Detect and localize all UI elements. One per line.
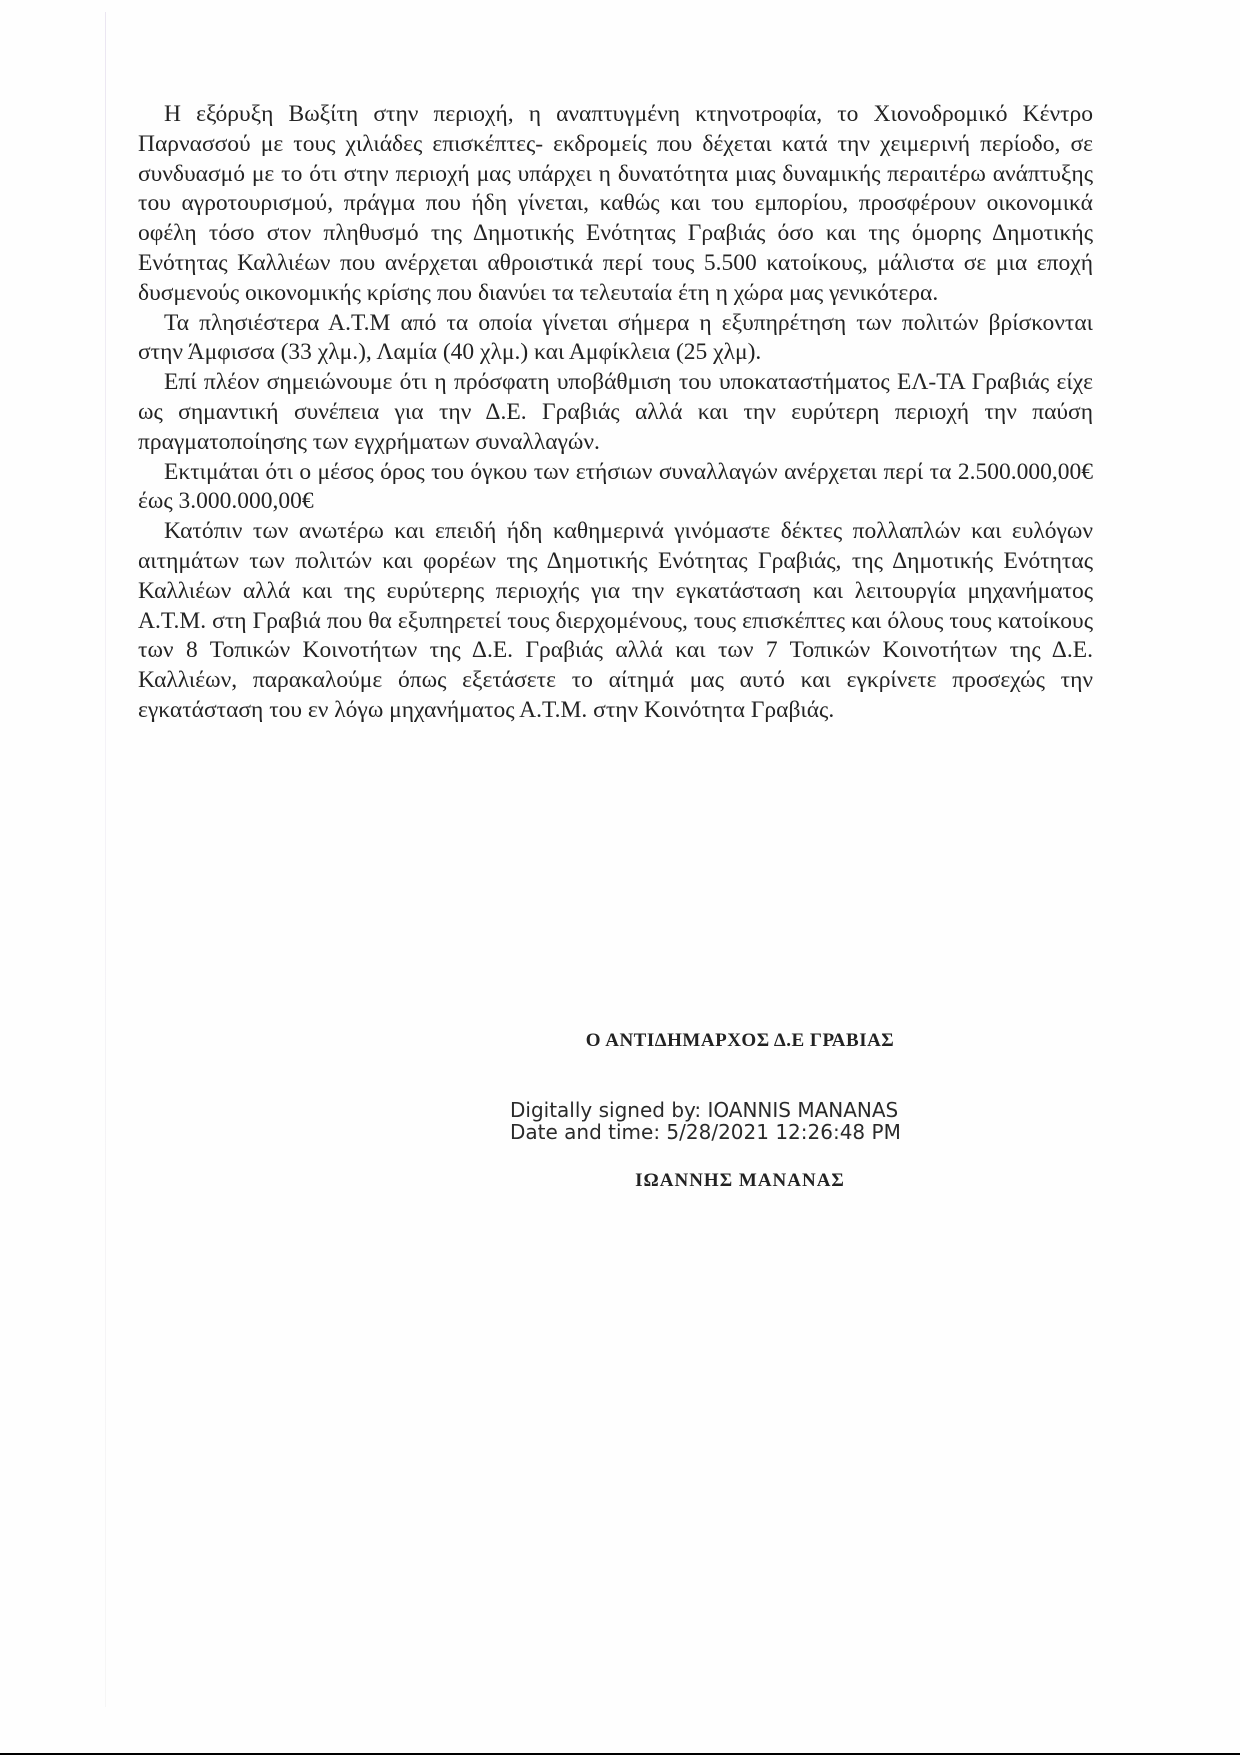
paragraph-transaction-volume: Εκτιμάται ότι ο μέσος όρος του όγκου των… [138, 458, 1093, 518]
paragraph-nearest-atms: Τα πλησιέστερα Α.Τ.Μ από τα οποία γίνετα… [138, 309, 1093, 369]
paragraph-request: Κατόπιν των ανωτέρω και επειδή ήδη καθημ… [138, 517, 1093, 726]
paragraph-economy: Η εξόρυξη Βωξίτη στην περιοχή, η αναπτυγ… [138, 100, 1093, 309]
digital-signature-datetime: Date and time: 5/28/2021 12:26:48 PM [510, 1121, 901, 1143]
digital-signed-by: Digitally signed by: IOANNIS MANANAS [510, 1099, 901, 1121]
scan-edge-line [105, 12, 106, 1707]
signatory-title: Ο ΑΝΤΙΔΗΜΑΡΧΟΣ Δ.Ε ΓΡΑΒΙΑΣ [480, 1030, 1000, 1052]
signatory-name: ΙΩΑΝΝΗΣ ΜΑΝΑΝΑΣ [480, 1170, 1000, 1192]
paragraph-elta-downgrade: Επί πλέον σημειώνουμε ότι η πρόσφατη υπο… [138, 368, 1093, 457]
scanned-page: Η εξόρυξη Βωξίτη στην περιοχή, η αναπτυγ… [0, 0, 1240, 1755]
letter-body: Η εξόρυξη Βωξίτη στην περιοχή, η αναπτυγ… [138, 100, 1093, 726]
digital-signature-stamp: Digitally signed by: IOANNIS MANANAS Dat… [510, 1099, 901, 1143]
